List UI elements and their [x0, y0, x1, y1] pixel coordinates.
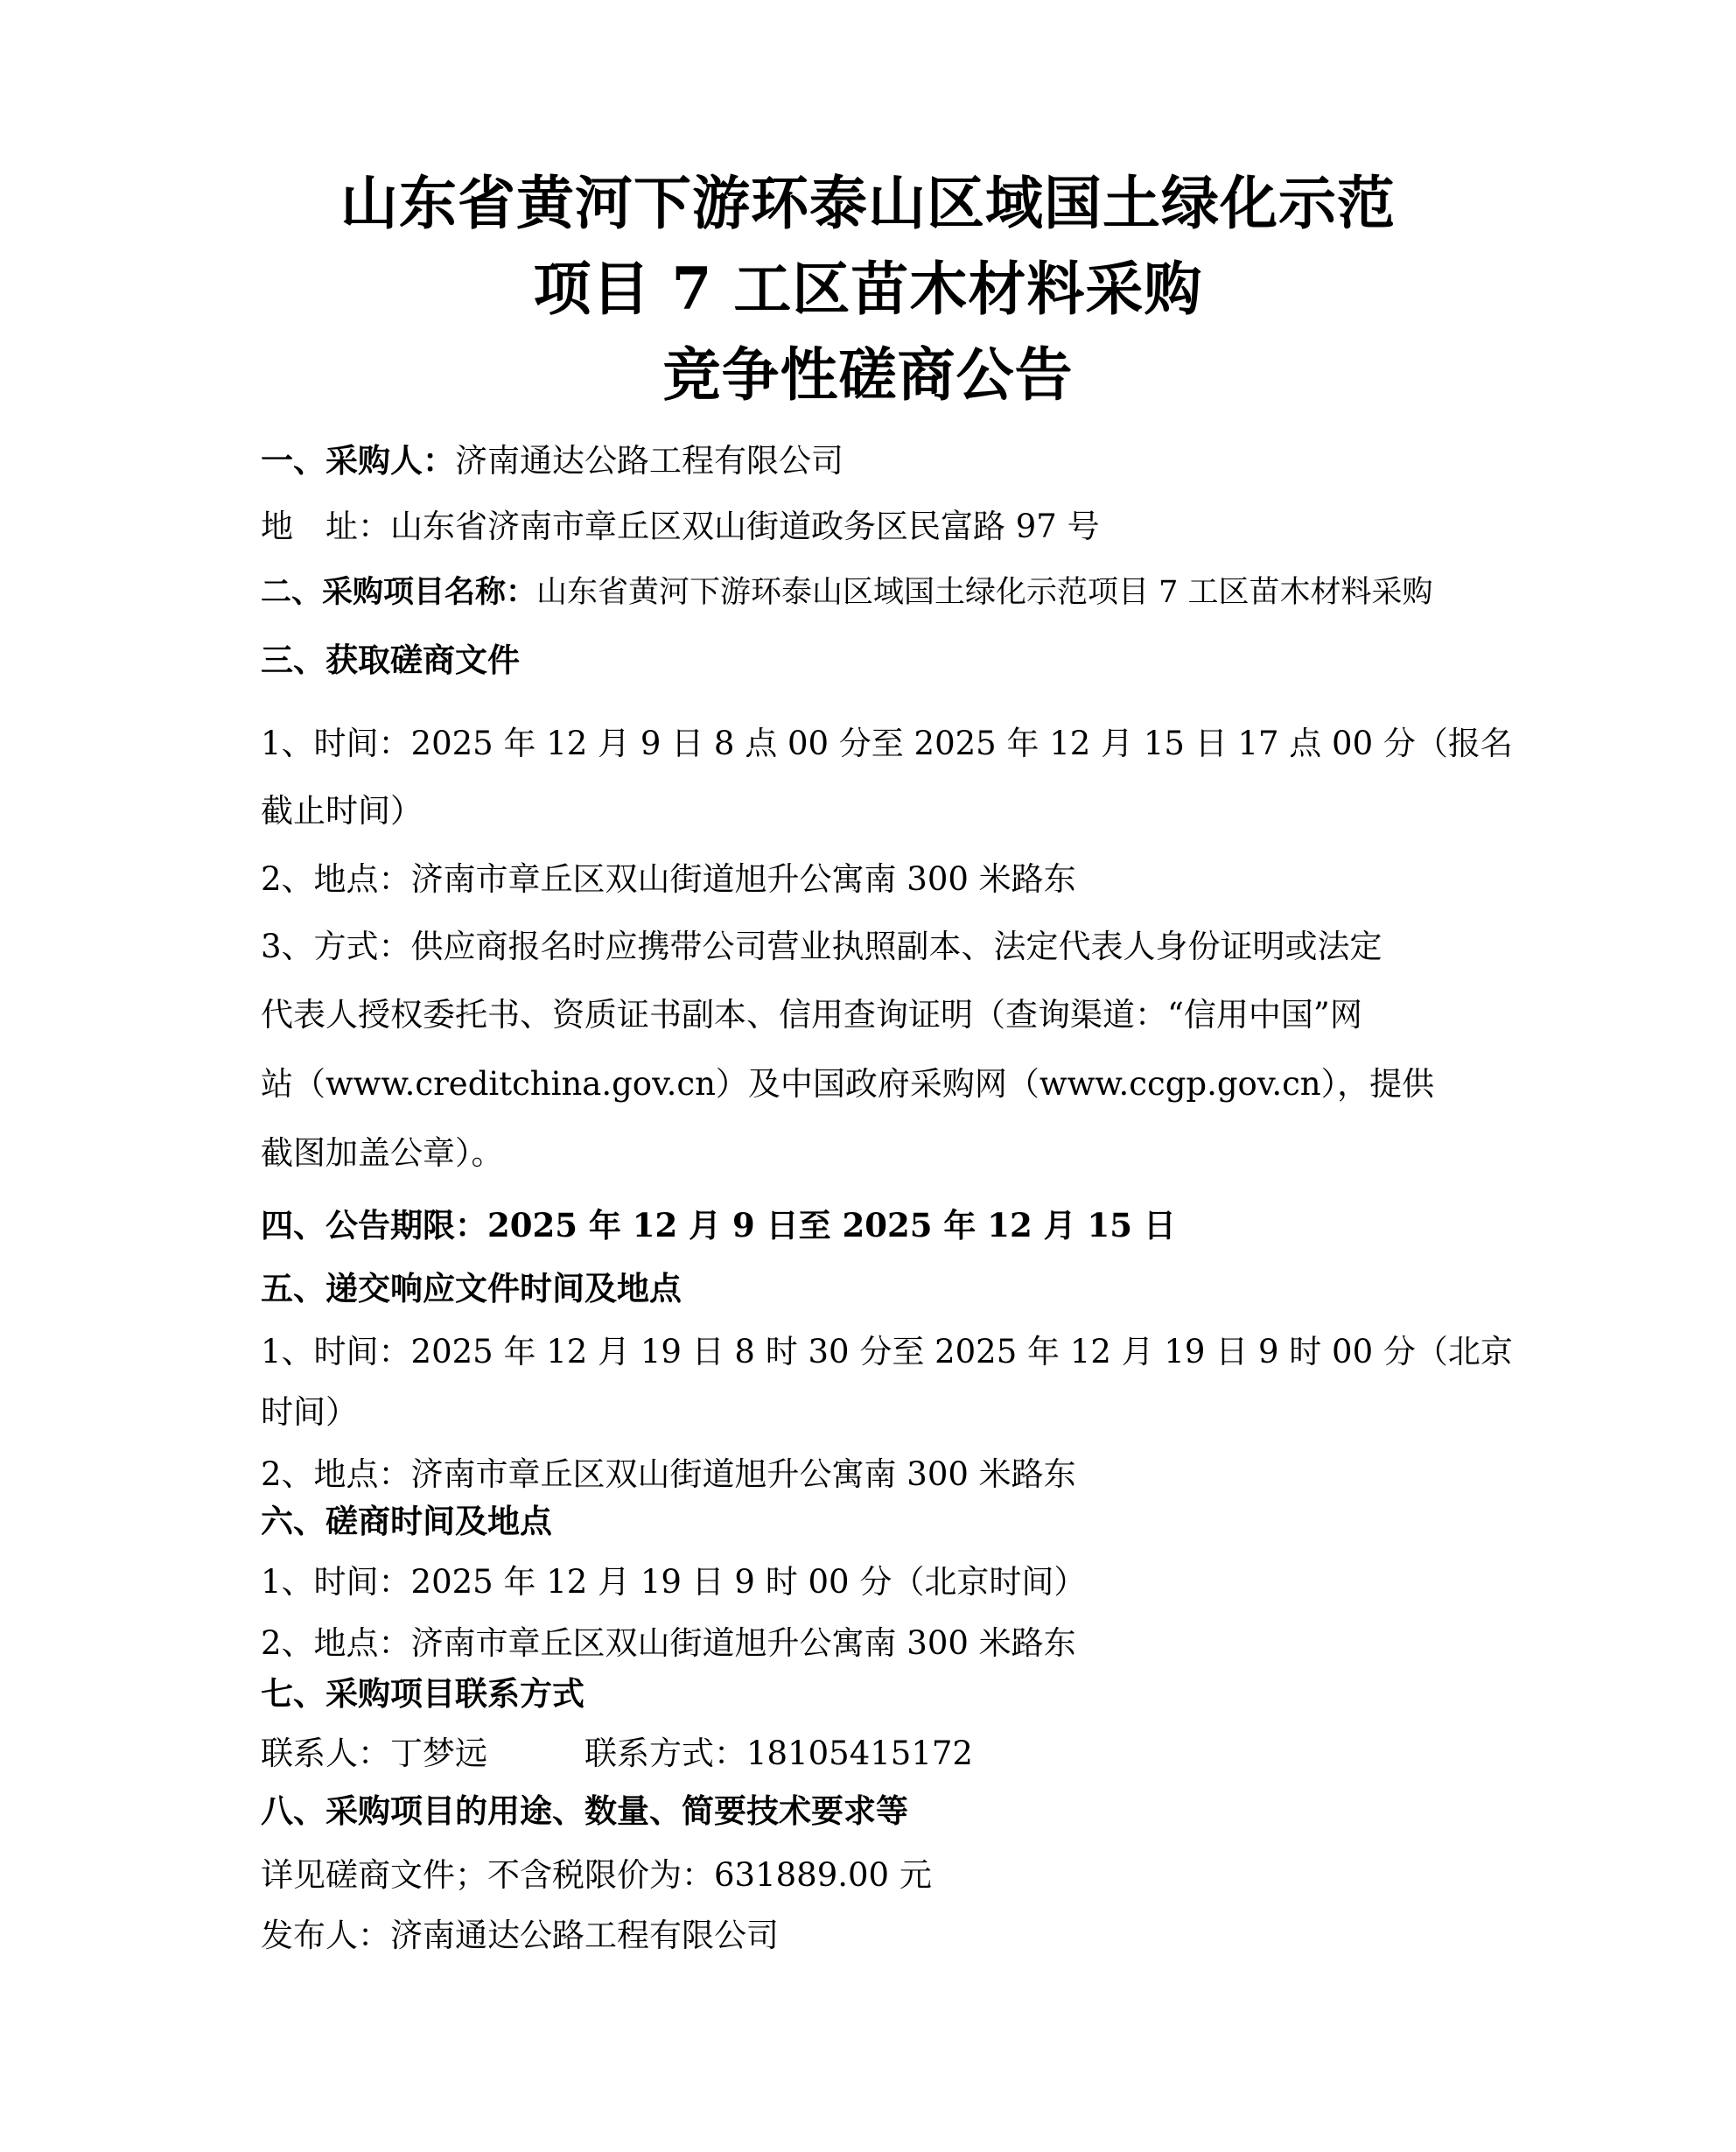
- section-8-heading: 八、采购项目的用途、数量、简要技术要求等: [261, 1790, 908, 1832]
- s3-time-line-1: 1、时间：2025 年 12 月 9 日 8 点 00 分至 2025 年 12…: [261, 723, 1513, 765]
- notice-period-label: 四、公告期限：: [261, 1206, 487, 1244]
- project-name-line: 二、采购项目名称：山东省黄河下游环泰山区域国土绿化示范项目 7 工区苗木材料采购: [261, 571, 1433, 613]
- s3-time-line-2: 截止时间）: [261, 790, 423, 832]
- s3-method-line-3: 站（www.creditchina.gov.cn）及中国政府采购网（www.cc…: [261, 1063, 1434, 1105]
- publisher-line: 发布人：济南通达公路工程有限公司: [261, 1915, 779, 1957]
- section-3-heading: 三、获取磋商文件: [261, 639, 520, 681]
- contact-line: 联系人：丁梦远 联系方式：18105415172: [261, 1733, 973, 1775]
- s6-place-line: 2、地点：济南市章丘区双山街道旭升公寓南 300 米路东: [261, 1623, 1076, 1665]
- title-line-2: 项目 7 工区苗木材料采购: [0, 254, 1736, 324]
- purchaser-line: 一、采购人：济南通达公路工程有限公司: [261, 439, 843, 482]
- s6-time-line: 1、时间：2025 年 12 月 19 日 9 时 00 分（北京时间）: [261, 1561, 1086, 1603]
- s3-method-line-4: 截图加盖公章）。: [261, 1132, 504, 1174]
- purchaser-value: 济南通达公路工程有限公司: [455, 442, 843, 480]
- purchaser-label: 一、采购人：: [261, 441, 455, 480]
- s5-place-line: 2、地点：济南市章丘区双山街道旭升公寓南 300 米路东: [261, 1454, 1076, 1496]
- section-6-heading: 六、磋商时间及地点: [261, 1500, 552, 1542]
- s3-place-line: 2、地点：济南市章丘区双山街道旭升公寓南 300 米路东: [261, 859, 1076, 901]
- section-5-heading: 五、递交响应文件时间及地点: [261, 1267, 682, 1309]
- address-label: 地 址：: [261, 508, 390, 545]
- s3-method-line-2: 代表人授权委托书、资质证书副本、信用查询证明（查询渠道：“信用中国”网: [261, 994, 1362, 1036]
- s5-time-line-1: 1、时间：2025 年 12 月 19 日 8 时 30 分至 2025 年 1…: [261, 1331, 1513, 1373]
- section-7-heading: 七、采购项目联系方式: [261, 1672, 584, 1714]
- notice-period-value: 2025 年 12 月 9 日至 2025 年 12 月 15 日: [487, 1206, 1176, 1244]
- project-name-value: 山东省黄河下游环泰山区域国土绿化示范项目 7 工区苗木材料采购: [536, 575, 1433, 610]
- title-line-1: 山东省黄河下游环泰山区域国土绿化示范: [0, 168, 1736, 238]
- project-name-label: 二、采购项目名称：: [261, 574, 536, 610]
- title-line-3: 竞争性磋商公告: [0, 340, 1736, 410]
- address-line: 地 址：山东省济南市章丘区双山街道政务区民富路 97 号: [261, 506, 1100, 548]
- s3-method-line-1: 3、方式：供应商报名时应携带公司营业执照副本、法定代表人身份证明或法定: [261, 926, 1382, 968]
- price-detail-line: 详见磋商文件；不含税限价为：631889.00 元: [261, 1854, 932, 1896]
- notice-period-line: 四、公告期限：2025 年 12 月 9 日至 2025 年 12 月 15 日: [261, 1204, 1176, 1246]
- s5-time-line-2: 时间）: [261, 1391, 358, 1433]
- address-value: 山东省济南市章丘区双山街道政务区民富路 97 号: [390, 508, 1100, 545]
